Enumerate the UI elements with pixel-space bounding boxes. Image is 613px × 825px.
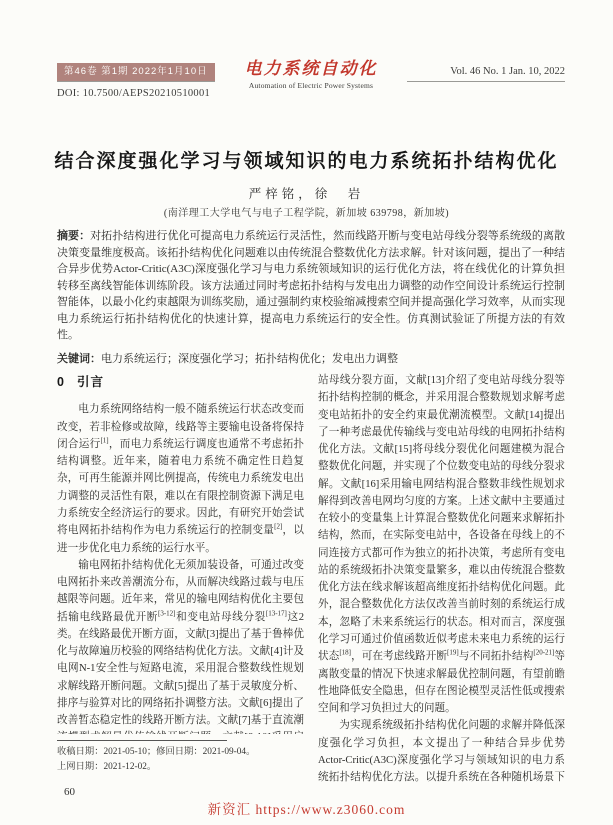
journal-name-english: Automation of Electric Power Systems	[211, 81, 411, 90]
received-date-line: 收稿日期：2021-05-10；修回日期：2021-09-04。	[57, 745, 304, 760]
header-rule-right	[407, 81, 565, 82]
header-rule-left	[57, 81, 215, 82]
article-affiliation: (南洋理工大学电气与电子工程学院，新加坡 639798，新加坡)	[0, 204, 613, 219]
section-heading-introduction: 0 引言	[57, 372, 304, 392]
journal-header: 第46卷 第1期 2022年1月10日 DOI: 10.7500/AEPS202…	[57, 60, 565, 112]
keywords-text: 电力系统运行；深度强化学习；拓扑结构优化；发电出力调整	[101, 353, 398, 365]
journal-logo: 电力系统自动化 Automation of Electric Power Sys…	[211, 60, 411, 90]
paper-page: 第46卷 第1期 2022年1月10日 DOI: 10.7500/AEPS202…	[0, 0, 613, 825]
doi-text: DOI: 10.7500/AEPS20210510001	[57, 88, 210, 99]
article-authors: 严梓铭，徐 岩	[0, 184, 613, 202]
abstract-text: 摘要：对拓扑结构进行优化可提高电力系统运行灵活性，然而线路开断与变电站母线分裂等…	[57, 228, 565, 344]
paragraph: 电力系统网络结构一般不随系统运行状态改变而改变，若非检修或故障，线路等主要输电设…	[57, 401, 304, 556]
page-number: 60	[64, 786, 75, 798]
keywords-label: 关键词：	[57, 353, 101, 365]
left-column: 0 引言 电力系统网络结构一般不随系统运行状态改变而改变，若非检修或故障，线路等…	[57, 372, 304, 734]
right-column: 站母线分裂方面，文献[13]介绍了变电站母线分裂等拓扑结构控制的概念，并采用混合…	[318, 372, 565, 782]
footnote-block: 收稿日期：2021-05-10；修回日期：2021-09-04。 上网日期：20…	[57, 740, 304, 775]
body-columns: 0 引言 电力系统网络结构一般不随系统运行状态改变而改变，若非检修或故障，线路等…	[57, 372, 565, 782]
section-title: 引言	[77, 372, 104, 392]
paragraph: 站母线分裂方面，文献[13]介绍了变电站母线分裂等拓扑结构控制的概念，并采用混合…	[318, 372, 565, 717]
abstract-body: 对拓扑结构进行优化可提高电力系统运行灵活性，然而线路开断与变电站母线分裂等系统级…	[57, 230, 565, 341]
article-title: 结合深度强化学习与领域知识的电力系统拓扑结构优化	[0, 146, 613, 173]
online-date-line: 上网日期：2021-12-02。	[57, 760, 304, 775]
section-number: 0	[57, 372, 65, 392]
issue-info-badge: 第46卷 第1期 2022年1月10日	[57, 63, 215, 81]
paragraph: 为实现系统级拓扑结构优化问题的求解并降低深度强化学习负担，本文提出了一种结合异步…	[318, 717, 565, 782]
paragraph: 输电网拓扑结构优化无须加装设备，可通过改变电网拓扑来改善潮流分布，从而解决线路过…	[57, 557, 304, 734]
abstract-block: 摘要：对拓扑结构进行优化可提高电力系统运行灵活性，然而线路开断与变电站母线分裂等…	[57, 228, 565, 367]
volume-issue-date: Vol. 46 No. 1 Jan. 10, 2022	[450, 66, 565, 77]
journal-name-chinese: 电力系统自动化	[211, 60, 411, 79]
footnote-divider	[57, 740, 227, 741]
abstract-label: 摘要：	[57, 230, 90, 242]
watermark-link[interactable]: 新资汇 https://www.z3060.com	[0, 798, 613, 818]
keywords-line: 关键词：电力系统运行；深度强化学习；拓扑结构优化；发电出力调整	[57, 351, 565, 368]
